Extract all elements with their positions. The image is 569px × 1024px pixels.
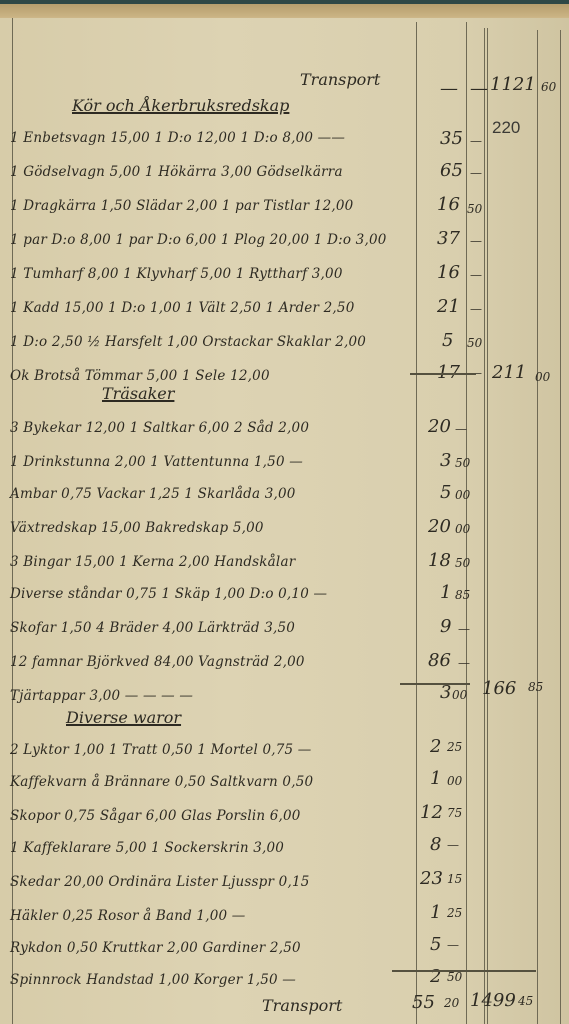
column-rule-amount-right-b <box>487 28 488 1024</box>
pencil-note: 220 <box>492 118 520 138</box>
page-total-ore: 20 <box>444 996 459 1010</box>
item-ore: 50 <box>447 970 462 984</box>
item-kr: 1 <box>430 768 441 789</box>
item-ore: 50 <box>455 556 470 570</box>
item-ore: 25 <box>447 906 462 920</box>
item-row: 12 famnar Björkved 84,00 Vagnsträd 2,00 <box>10 654 305 670</box>
item-ore: — <box>447 838 459 852</box>
item-row: Växtredskap 15,00 Bakredskap 5,00 <box>10 520 264 536</box>
transport-label-top: Transport <box>300 70 380 89</box>
item-kr: 3 <box>440 450 451 471</box>
carried-col2: — <box>470 78 488 99</box>
item-ore: 50 <box>467 202 482 216</box>
item-row: Kaffekvarn å Brännare 0,50 Saltkvarn 0,5… <box>10 774 313 790</box>
page-total-kr: 55 <box>412 992 435 1013</box>
section-subtotal-2: 166 <box>482 678 516 699</box>
grand-total-cents: 45 <box>518 994 533 1008</box>
item-kr: 20 <box>428 416 451 437</box>
item-kr: 3 <box>440 682 451 703</box>
item-ore: 50 <box>455 456 470 470</box>
item-row: Tjärtappar 3,00 — — — — <box>10 688 193 704</box>
section-heading-2: Träsaker <box>102 384 174 403</box>
item-ore: — <box>458 656 470 670</box>
item-kr: 20 <box>428 516 451 537</box>
item-row: 2 Lyktor 1,00 1 Tratt 0,50 1 Mortel 0,75… <box>10 742 312 758</box>
item-row: 1 par D:o 8,00 1 par D:o 6,00 1 Plog 20,… <box>10 232 387 248</box>
item-kr: 8 <box>430 834 441 855</box>
item-row: Diverse ståndar 0,75 1 Skäp 1,00 D:o 0,1… <box>10 586 327 602</box>
item-ore: — <box>470 234 482 248</box>
item-row: Skofar 1,50 4 Bräder 4,00 Lärkträd 3,50 <box>10 620 295 636</box>
item-ore: 85 <box>455 588 470 602</box>
item-row: 1 Tumharf 8,00 1 Klyvharf 5,00 1 Rytthar… <box>10 266 343 282</box>
item-row: 3 Bykekar 12,00 1 Saltkar 6,00 2 Såd 2,0… <box>10 420 309 436</box>
carried-forward-total: 1121 <box>490 74 536 95</box>
item-row: Skedar 20,00 Ordinära Lister Ljusspr 0,1… <box>10 874 310 890</box>
column-rule-amount-left <box>416 22 417 1024</box>
carried-col1: — <box>440 78 458 99</box>
item-kr: 9 <box>440 616 451 637</box>
item-kr: 5 <box>430 934 441 955</box>
subtotal-underline-1 <box>410 373 476 375</box>
ledger-page: Transport — — 1121 60 Kör och Åkerbruksr… <box>0 18 569 1024</box>
section-subtotal-cents-2: 85 <box>528 680 543 694</box>
item-kr: 18 <box>428 550 451 571</box>
item-row: Häkler 0,25 Rosor å Band 1,00 — <box>10 908 245 924</box>
item-row: 1 Drinkstunna 2,00 1 Vattentunna 1,50 — <box>10 454 303 470</box>
column-rule-total-mid <box>537 30 538 1024</box>
section-heading-1: Kör och Åkerbruksredskap <box>72 96 289 115</box>
item-row: Ambar 0,75 Vackar 1,25 1 Skarlåda 3,00 <box>10 486 296 502</box>
item-row: 1 D:o 2,50 ½ Harsfelt 1,00 Orstackar Ska… <box>10 334 366 350</box>
item-row: 1 Gödselvagn 5,00 1 Hökärra 3,00 Gödselk… <box>10 164 343 180</box>
item-ore: — <box>455 422 467 436</box>
total-rule <box>392 970 536 972</box>
item-ore: 50 <box>467 336 482 350</box>
section-subtotal-1: 211 <box>492 362 526 383</box>
item-row: 1 Dragkärra 1,50 Slädar 2,00 1 par Tistl… <box>10 198 353 214</box>
item-kr: 16 <box>437 262 460 283</box>
item-kr: 1 <box>430 902 441 923</box>
item-kr: 5 <box>442 330 453 351</box>
item-kr: 2 <box>430 736 441 757</box>
column-rule-total-right <box>560 30 561 1024</box>
item-row: 1 Kaffeklarare 5,00 1 Sockerskrin 3,00 <box>10 840 284 856</box>
item-row: Ok Brotså Tömmar 5,00 1 Sele 12,00 <box>10 368 270 384</box>
transport-label-bottom: Transport <box>262 996 342 1015</box>
item-kr: 12 <box>420 802 443 823</box>
item-kr: 23 <box>420 868 443 889</box>
item-ore: 00 <box>455 522 470 536</box>
item-ore: 15 <box>447 872 462 886</box>
item-ore: — <box>470 134 482 148</box>
grand-total: 1499 <box>470 990 516 1011</box>
item-kr: 65 <box>440 160 463 181</box>
item-kr: 5 <box>440 482 451 503</box>
subtotal-underline-2 <box>400 683 470 685</box>
item-ore: — <box>470 302 482 316</box>
item-ore: — <box>458 622 470 636</box>
item-ore: 75 <box>447 806 462 820</box>
item-ore: 25 <box>447 740 462 754</box>
column-rule-amount-right-a <box>484 28 485 1024</box>
item-row: Spinnrock Handstad 1,00 Korger 1,50 — <box>10 972 296 988</box>
section-subtotal-cents-1: 00 <box>535 370 550 384</box>
item-kr: 1 <box>440 582 451 603</box>
item-kr: 37 <box>437 228 460 249</box>
item-ore: 00 <box>447 774 462 788</box>
item-kr: 86 <box>428 650 451 671</box>
item-ore: 00 <box>455 488 470 502</box>
item-row: 3 Bingar 15,00 1 Kerna 2,00 Handskålar <box>10 554 295 570</box>
item-row: 1 Kadd 15,00 1 D:o 1,00 1 Vält 2,50 1 Ar… <box>10 300 355 316</box>
item-ore: — <box>470 166 482 180</box>
item-ore: — <box>447 938 459 952</box>
item-ore: 00 <box>452 688 467 702</box>
section-heading-3: Diverse waror <box>66 708 181 727</box>
item-row: Skopor 0,75 Sågar 6,00 Glas Porslin 6,00 <box>10 808 301 824</box>
item-kr: 16 <box>437 194 460 215</box>
item-kr: 21 <box>437 296 460 317</box>
item-kr: 35 <box>440 128 463 149</box>
item-row: Rykdon 0,50 Kruttkar 2,00 Gardiner 2,50 <box>10 940 301 956</box>
item-ore: — <box>470 268 482 282</box>
item-row: 1 Enbetsvagn 15,00 1 D:o 12,00 1 D:o 8,0… <box>10 130 345 146</box>
carried-forward-cents: 60 <box>541 80 556 94</box>
